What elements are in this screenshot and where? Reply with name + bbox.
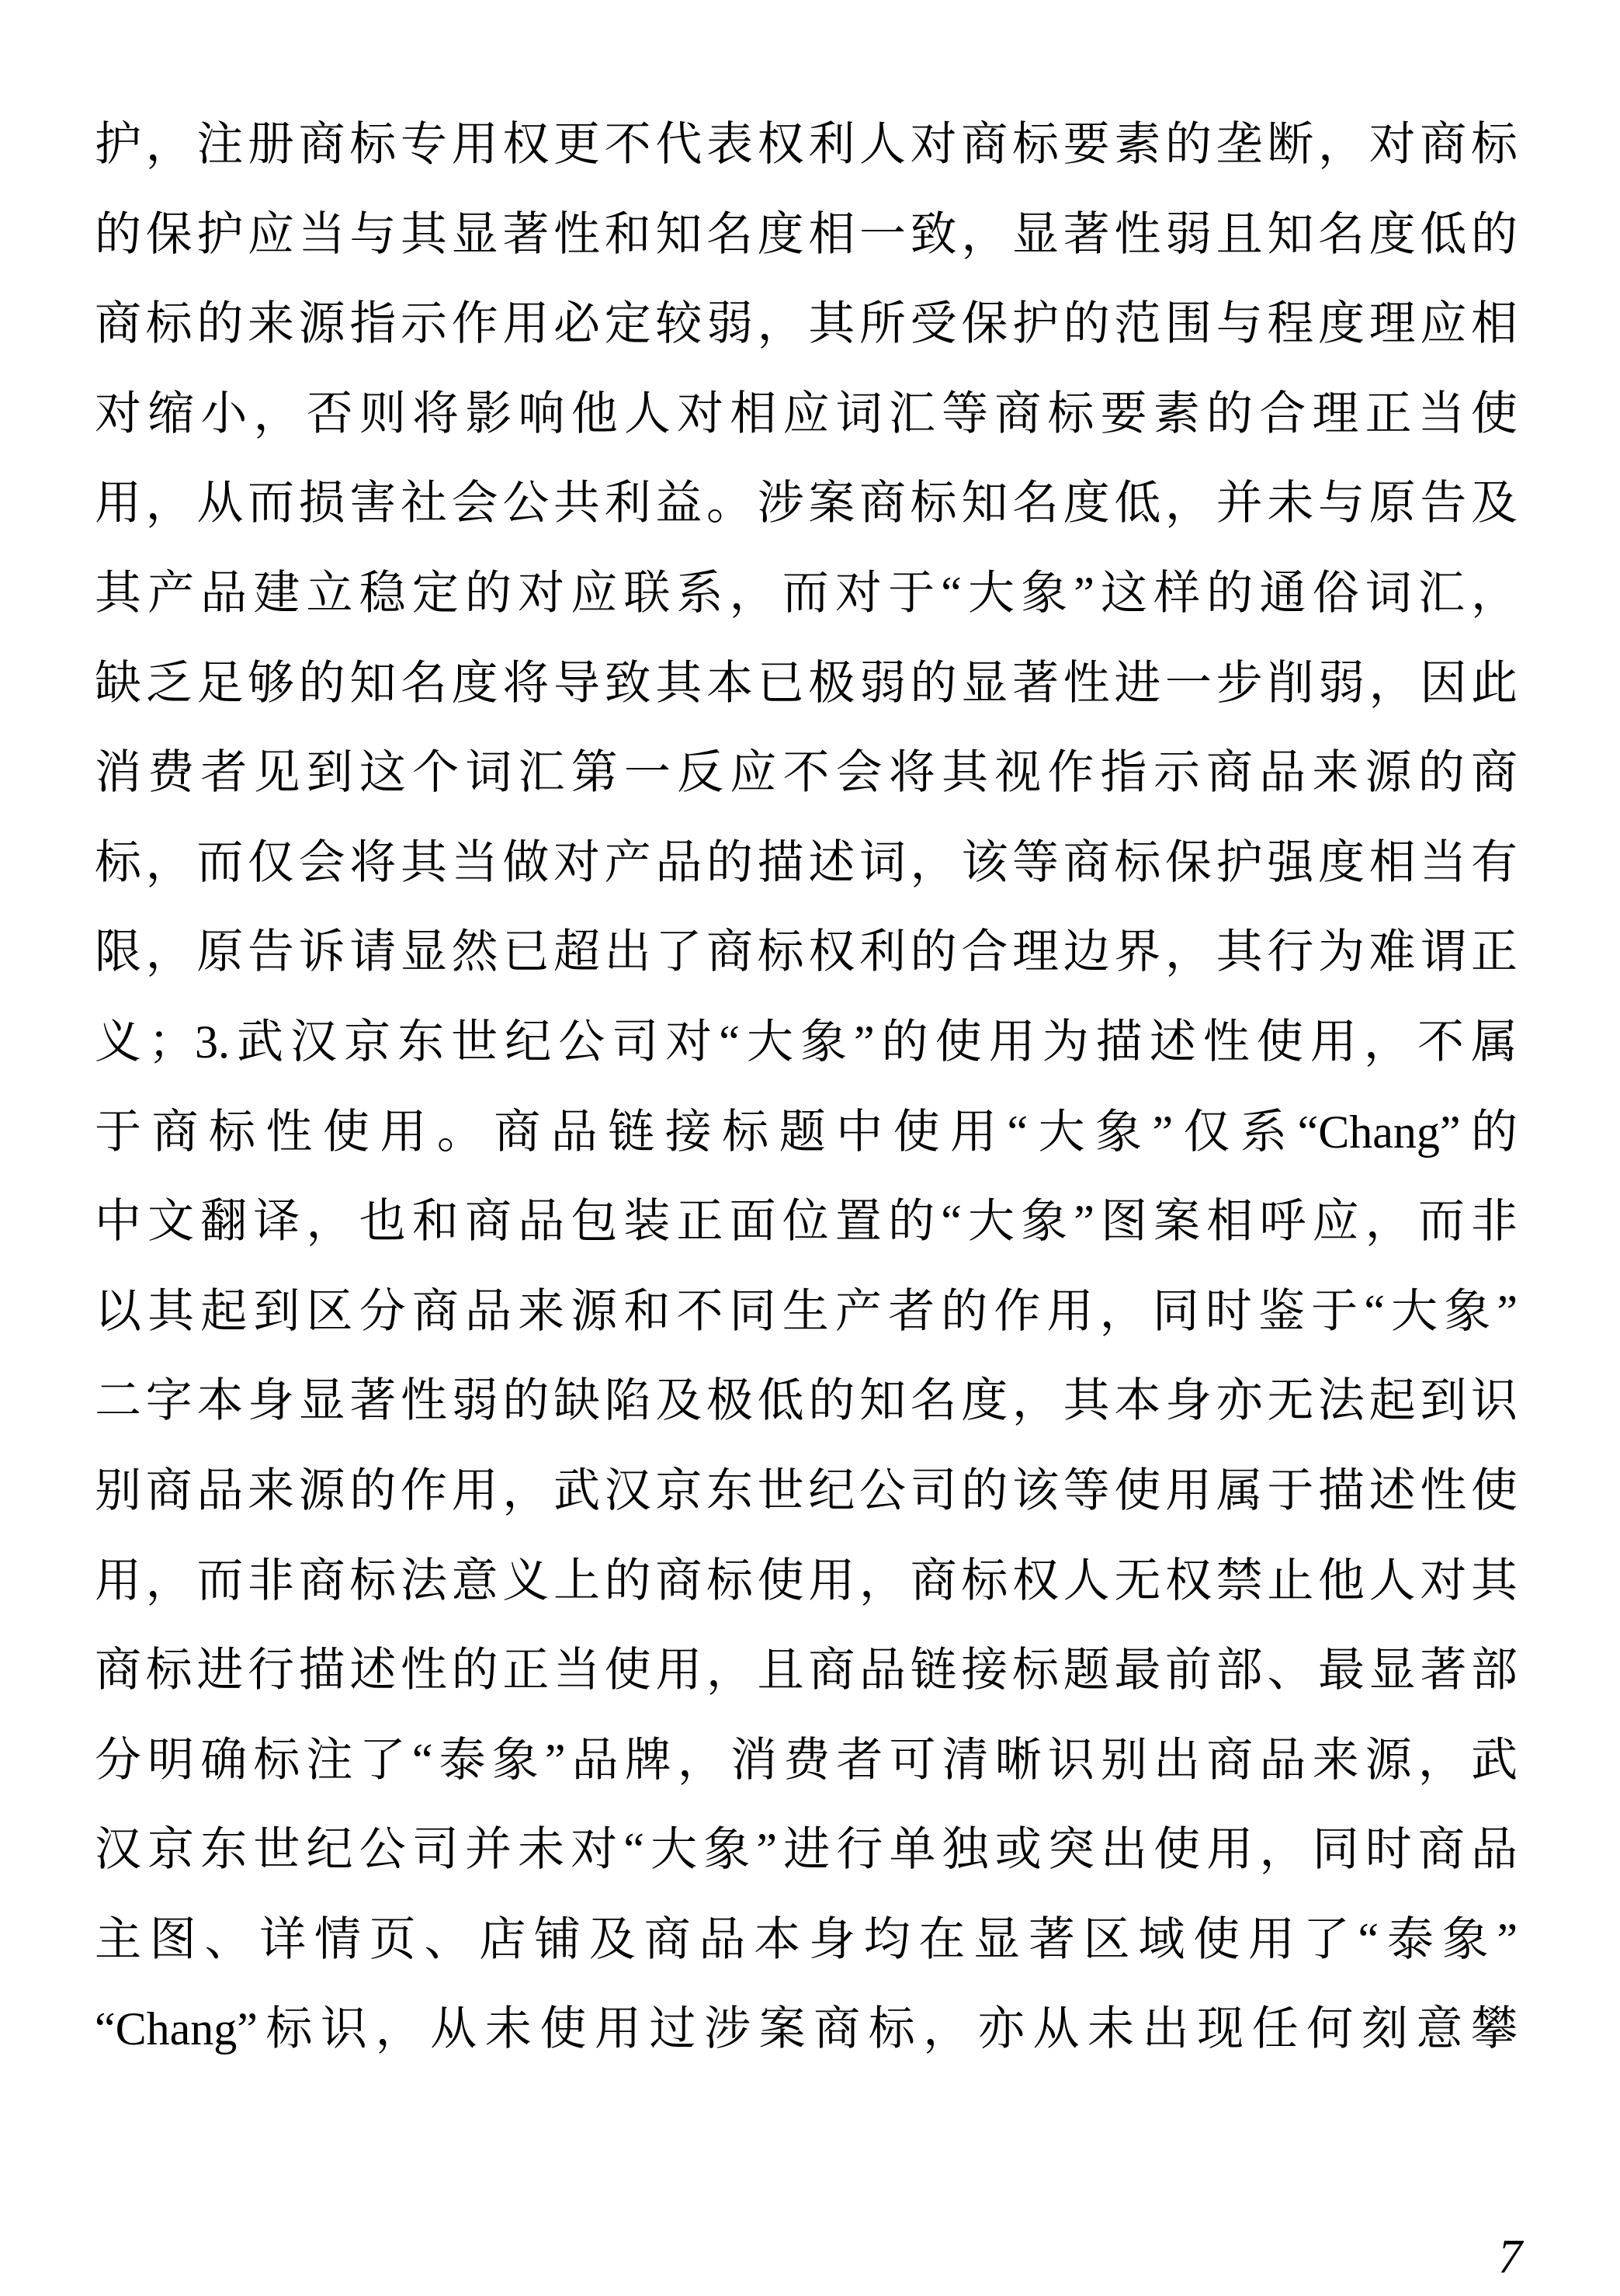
text-line: 缺乏足够的知名度将导致其本已极弱的显著性进一步削弱，因此 — [95, 639, 1518, 729]
document-page: 护，注册商标专用权更不代表权利人对商标要素的垄断，对商标 的保护应当与其显著性和… — [0, 0, 1620, 2296]
text-line: 以其起到区分商品来源和不同生产者的作用，同时鉴于“大象” — [95, 1267, 1518, 1357]
text-line: 消费者见到这个词汇第一反应不会将其视作指示商品来源的商 — [95, 728, 1518, 818]
text-line: 中文翻译，也和商品包装正面位置的“大象”图案相呼应，而非 — [95, 1177, 1518, 1267]
text-line: 商标的来源指示作用必定较弱，其所受保护的范围与程度理应相 — [95, 280, 1518, 370]
text-line: “Chang”标识，从未使用过涉案商标，亦从未出现任何刻意攀 — [95, 1985, 1518, 2075]
page-number: 7 — [1498, 2230, 1522, 2284]
text-line: 的保护应当与其显著性和知名度相一致，显著性弱且知名度低的 — [95, 190, 1518, 280]
text-line: 护，注册商标专用权更不代表权利人对商标要素的垄断，对商标 — [95, 100, 1518, 190]
text-line: 主图、详情页、店铺及商品本身均在显著区域使用了“泰象” — [95, 1895, 1518, 1985]
text-line: 于商标性使用。商品链接标题中使用“大象”仅系“Chang”的 — [95, 1088, 1518, 1178]
text-line: 对缩小，否则将影响他人对相应词汇等商标要素的合理正当使 — [95, 370, 1518, 460]
text-line: 汉京东世纪公司并未对“大象”进行单独或突出使用，同时商品 — [95, 1805, 1518, 1895]
text-line: 义；3.武汉京东世纪公司对“大象”的使用为描述性使用，不属 — [95, 998, 1518, 1088]
text-line: 分明确标注了“泰象”品牌，消费者可清晰识别出商品来源，武 — [95, 1716, 1518, 1806]
text-line: 用，从而损害社会公共利益。涉案商标知名度低，并未与原告及 — [95, 459, 1518, 549]
text-line: 用，而非商标法意义上的商标使用，商标权人无权禁止他人对其 — [95, 1537, 1518, 1627]
text-line: 二字本身显著性弱的缺陷及极低的知名度，其本身亦无法起到识 — [95, 1356, 1518, 1447]
text-line: 商标进行描述性的正当使用，且商品链接标题最前部、最显著部 — [95, 1626, 1518, 1716]
text-line: 限，原告诉请显然已超出了商标权利的合理边界，其行为难谓正 — [95, 908, 1518, 998]
body-text: 护，注册商标专用权更不代表权利人对商标要素的垄断，对商标 的保护应当与其显著性和… — [95, 100, 1518, 2075]
text-line: 标，而仅会将其当做对产品的描述词，该等商标保护强度相当有 — [95, 818, 1518, 908]
text-line: 其产品建立稳定的对应联系，而对于“大象”这样的通俗词汇， — [95, 549, 1518, 639]
text-line: 别商品来源的作用，武汉京东世纪公司的该等使用属于描述性使 — [95, 1447, 1518, 1537]
